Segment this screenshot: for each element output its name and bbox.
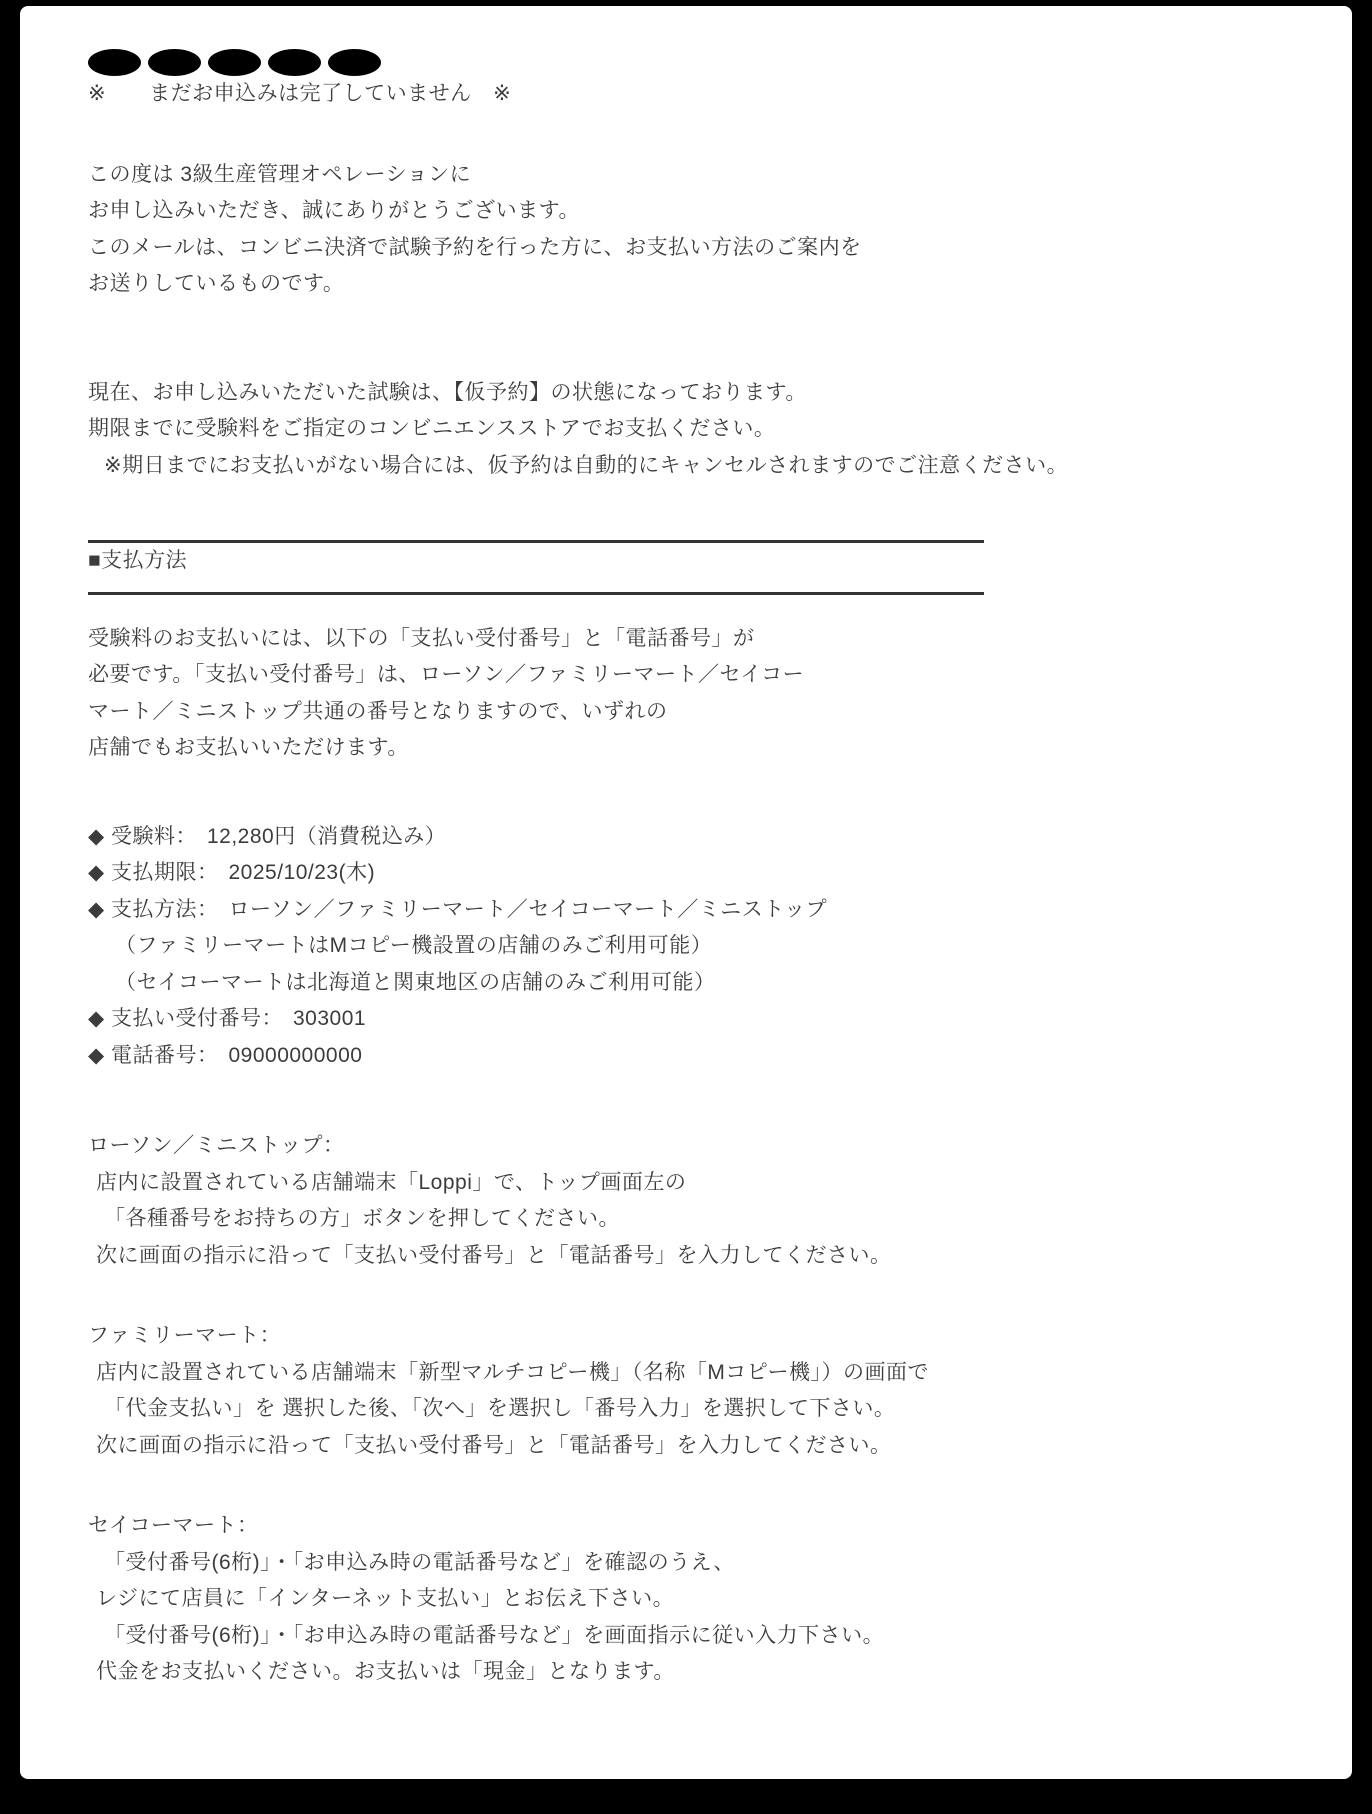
redaction-oval xyxy=(268,49,321,76)
intro-line: この度は 3級生産管理オペレーションに xyxy=(88,157,1322,194)
store-instruction-line: レジにて店員に「インターネット支払い」とお伝え下さい。 xyxy=(88,1581,1322,1618)
intro-paragraph: この度は 3級生産管理オペレーションに お申し込みいただき、誠にありがとうござい… xyxy=(88,157,1322,303)
payment-note-line: 店舗でもお支払いいただけます。 xyxy=(88,730,1322,767)
store-instruction-line: 店内に設置されている店舗端末「Loppi」で、トップ画面左の xyxy=(88,1165,1322,1202)
detail-value: 12,280円（消費税込み） xyxy=(207,825,446,848)
payment-note-paragraph: 受験料のお支払いには、以下の「支払い受付番号」と「電話番号」が 必要です。「支払… xyxy=(88,621,1322,767)
store-instruction-line: 「代金支払い」を 選択した後、「次へ」を選択し「番号入力」を選択して下さい。 xyxy=(88,1391,1322,1428)
store-instruction-line: 「受付番号(6桁)」・「お申込み時の電話番号など」を確認のうえ、 xyxy=(88,1545,1322,1582)
store-instruction-line: 「受付番号(6桁)」・「お申込み時の電話番号など」を画面指示に従い入力下さい。 xyxy=(88,1618,1322,1655)
intro-line: お申し込みいただき、誠にありがとうございます。 xyxy=(88,193,1322,230)
detail-label: ◆ 支払方法： xyxy=(88,898,218,921)
store-instruction-line: 店内に設置されている店舗端末「新型マルチコピー機」（名称「Mコピー機」）の画面で xyxy=(88,1355,1322,1392)
email-content: ※ まだお申込みは完了していません ※ この度は 3級生産管理オペレーションに … xyxy=(20,48,1352,1691)
redaction-oval xyxy=(88,49,141,76)
detail-payment-receipt-number: ◆ 支払い受付番号：303001 xyxy=(88,1001,1322,1038)
detail-payment-deadline: ◆ 支払期限：2025/10/23(木) xyxy=(88,855,1322,892)
detail-value: 2025/10/23(木) xyxy=(228,861,375,884)
detail-phone-number: ◆ 電話番号：09000000000 xyxy=(88,1038,1322,1075)
payment-method-section-title: ■支払方法 xyxy=(88,543,1322,580)
intro-line: お送りしているものです。 xyxy=(88,266,1322,303)
detail-label: ◆ 受験料： xyxy=(88,825,197,848)
redacted-header xyxy=(88,48,1322,76)
store-name: ローソン／ミニストップ： xyxy=(88,1128,1322,1165)
status-caution-line: ※期日までにお支払いがない場合には、仮予約は自動的にキャンセルされますのでご注意… xyxy=(88,448,1322,485)
detail-label: ◆ 支払い受付番号： xyxy=(88,1007,283,1030)
store-name: セイコーマート： xyxy=(88,1508,1322,1545)
email-document: ※ まだお申込みは完了していません ※ この度は 3級生産管理オペレーションに … xyxy=(20,6,1352,1779)
detail-value: 09000000000 xyxy=(228,1044,362,1067)
store-section-seicomart: セイコーマート： 「受付番号(6桁)」・「お申込み時の電話番号など」を確認のうえ… xyxy=(88,1508,1322,1691)
store-name: ファミリーマート： xyxy=(88,1318,1322,1355)
redaction-oval xyxy=(148,49,201,76)
incomplete-application-notice: ※ まだお申込みは完了していません ※ xyxy=(88,76,1322,113)
status-line: 現在、お申し込みいただいた試験は、【仮予約】の状態になっております。 xyxy=(88,375,1322,412)
detail-seicomart-note: （セイコーマートは北海道と関東地区の店舗のみご利用可能） xyxy=(88,965,1322,1002)
detail-value: 303001 xyxy=(293,1007,366,1030)
payment-note-line: マート／ミニストップ共通の番号となりますので、いずれの xyxy=(88,694,1322,731)
redaction-oval xyxy=(208,49,261,76)
detail-value: ローソン／ファミリーマート／セイコーマート／ミニストップ xyxy=(228,898,827,921)
intro-line: このメールは、コンビニ決済で試験予約を行った方に、お支払い方法のご案内を xyxy=(88,230,1322,267)
reservation-status-paragraph: 現在、お申し込みいただいた試験は、【仮予約】の状態になっております。 期限までに… xyxy=(88,375,1322,485)
detail-label: ◆ 電話番号： xyxy=(88,1044,218,1067)
store-section-lawson-ministop: ローソン／ミニストップ： 店内に設置されている店舗端末「Loppi」で、トップ画… xyxy=(88,1128,1322,1274)
redaction-oval xyxy=(328,49,381,76)
detail-payment-method: ◆ 支払方法：ローソン／ファミリーマート／セイコーマート／ミニストップ xyxy=(88,892,1322,929)
payment-details-list: ◆ 受験料：12,280円（消費税込み） ◆ 支払期限：2025/10/23(木… xyxy=(88,819,1322,1075)
detail-exam-fee: ◆ 受験料：12,280円（消費税込み） xyxy=(88,819,1322,856)
detail-label: ◆ 支払期限： xyxy=(88,861,218,884)
store-instruction-line: 次に画面の指示に沿って「支払い受付番号」と「電話番号」を入力してください。 xyxy=(88,1428,1322,1465)
status-line: 期限までに受験料をご指定のコンビニエンスストアでお支払ください。 xyxy=(88,411,1322,448)
section-divider-bottom xyxy=(88,592,984,595)
store-section-familymart: ファミリーマート： 店内に設置されている店舗端末「新型マルチコピー機」（名称「M… xyxy=(88,1318,1322,1464)
screenshot-frame: ※ まだお申込みは完了していません ※ この度は 3級生産管理オペレーションに … xyxy=(0,0,1372,1814)
store-instruction-line: 代金をお支払いください。お支払いは「現金」となります。 xyxy=(88,1654,1322,1691)
detail-familymart-note: （ファミリーマートはMコピー機設置の店舗のみご利用可能） xyxy=(88,928,1322,965)
store-instruction-line: 「各種番号をお持ちの方」ボタンを押してください。 xyxy=(88,1201,1322,1238)
store-instruction-line: 次に画面の指示に沿って「支払い受付番号」と「電話番号」を入力してください。 xyxy=(88,1238,1322,1275)
payment-note-line: 受験料のお支払いには、以下の「支払い受付番号」と「電話番号」が xyxy=(88,621,1322,658)
payment-note-line: 必要です。「支払い受付番号」は、ローソン／ファミリーマート／セイコー xyxy=(88,657,1322,694)
